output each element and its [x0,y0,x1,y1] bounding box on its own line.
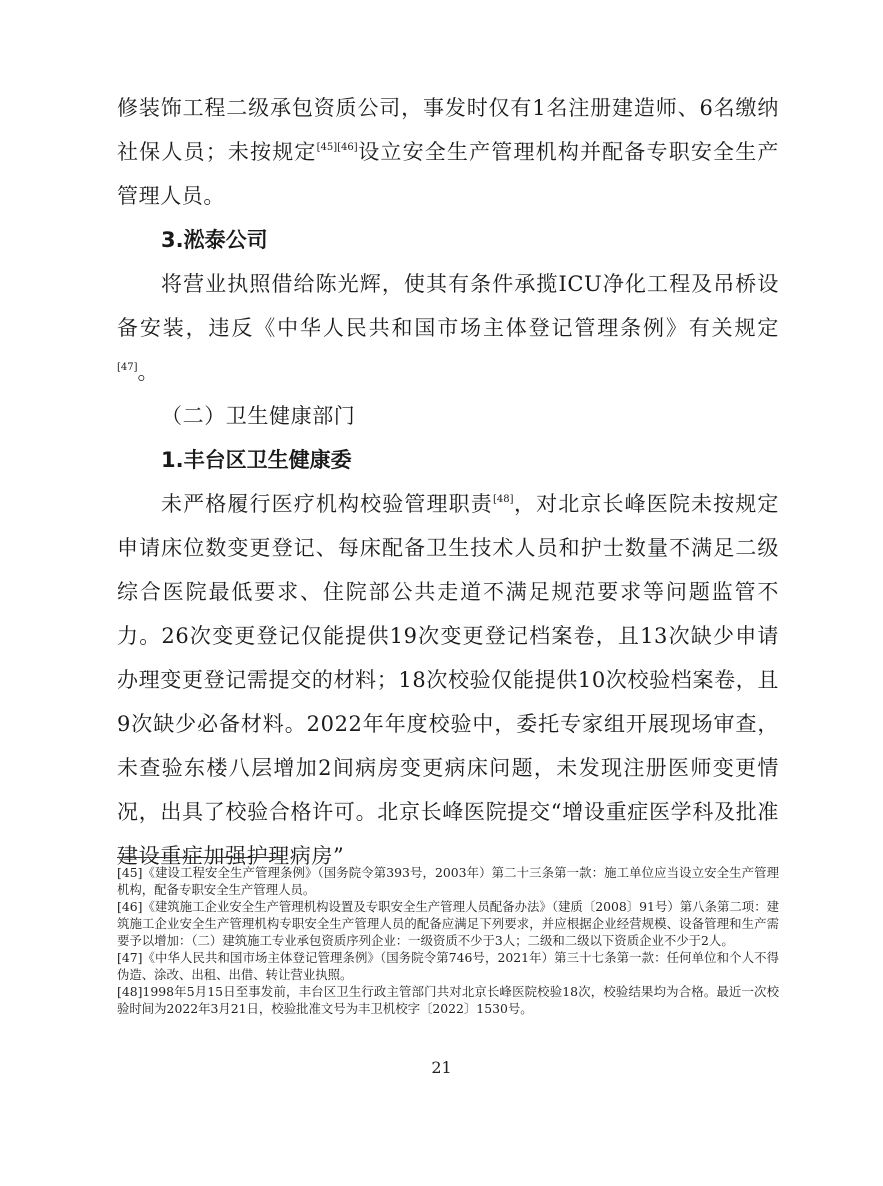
footnote-ref-48[interactable]: [48] [493,494,514,505]
footnote-ref-47[interactable]: [47] [117,362,138,373]
section-heading-health-dept: （二）卫生健康部门 [117,394,779,438]
paragraph-text: 将营业执照借给陈光辉，使其有条件承揽ICU净化工程及吊桥设备安装，违反《中华人民… [117,272,779,340]
footnote-46: [46]《建筑施工企业安全生产管理机构设置及专职安全生产管理人员配备办法》（建质… [117,898,779,949]
paragraph-fengtai: 未严格履行医疗机构校验管理职责[48]，对北京长峰医院未按规定申请床位数变更登记… [117,482,779,878]
footnote-separator [117,857,283,858]
paragraph-continuation: 修装饰工程二级承包资质公司，事发时仅有1名注册建造师、6名缴纳社保人员；未按规定… [117,86,779,218]
paragraph-songtai: 将营业执照借给陈光辉，使其有条件承揽ICU净化工程及吊桥设备安装，违反《中华人民… [117,262,779,394]
document-body: 修装饰工程二级承包资质公司，事发时仅有1名注册建造师、6名缴纳社保人员；未按规定… [117,86,779,878]
footnote-45: [45]《建设工程安全生产管理条例》（国务院令第393号，2003年）第二十三条… [117,864,779,898]
paragraph-text: 未严格履行医疗机构校验管理职责 [161,492,493,516]
paragraph-text: 。 [138,360,160,384]
footnote-47: [47]《中华人民共和国市场主体登记管理条例》（国务院令第746号，2021年）… [117,949,779,983]
heading-songtai-company: 3.淞泰公司 [117,218,779,262]
page-number: 21 [0,1058,883,1077]
paragraph-text: ，对北京长峰医院未按规定申请床位数变更登记、每床配备卫生技术人员和护士数量不满足… [117,492,779,868]
footnotes: [45]《建设工程安全生产管理条例》（国务院令第393号，2003年）第二十三条… [117,864,779,1017]
heading-fengtai-health-commission: 1.丰台区卫生健康委 [117,438,779,482]
footnote-ref-45-46[interactable]: [45][46] [317,142,358,153]
footnote-48: [48]1998年5月15日至事发前，丰台区卫生行政主管部门共对北京长峰医院校验… [117,983,779,1017]
